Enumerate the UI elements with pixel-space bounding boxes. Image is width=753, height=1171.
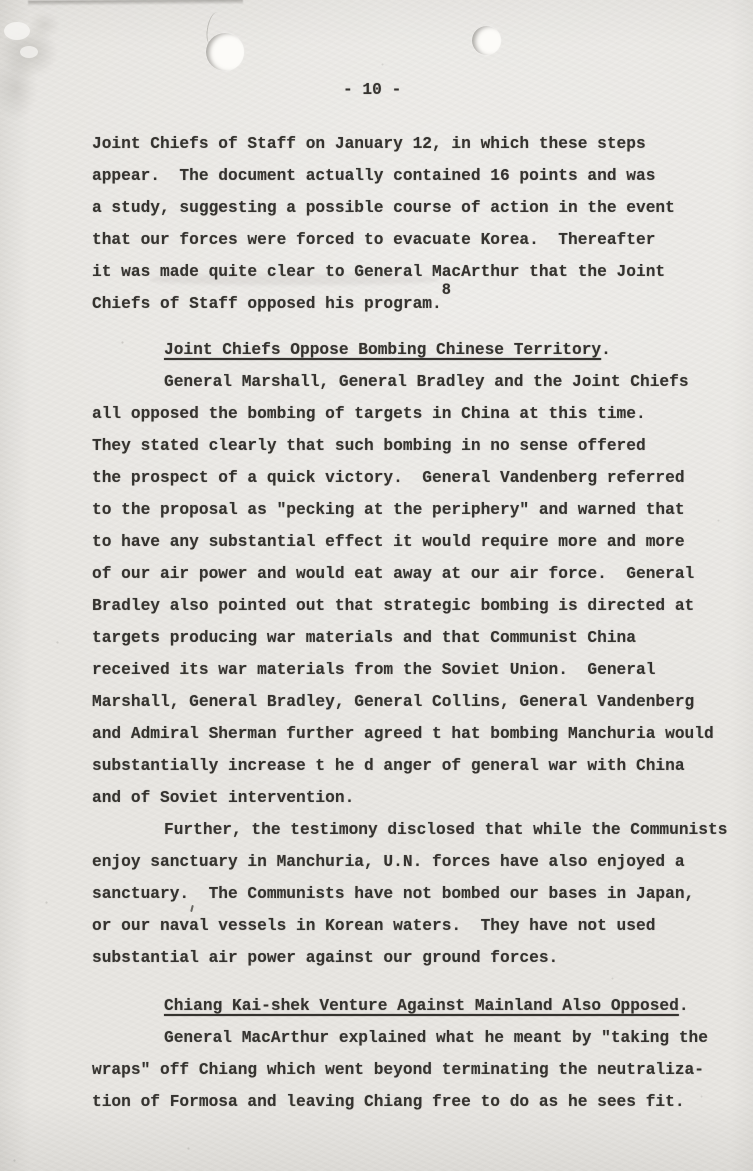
scan-edge-shadow (28, 0, 243, 6)
paper-chip (20, 46, 38, 58)
page-number: - 10 - (343, 74, 463, 106)
section-heading-2: Chiang Kai-shek Venture Against Mainland… (164, 990, 753, 1022)
section-heading-1-text: Joint Chiefs Oppose Bombing Chinese Terr… (164, 341, 601, 359)
punch-hole-right (472, 26, 501, 55)
scanned-page: - 10 - Joint Chiefs of Staff on January … (0, 0, 753, 1171)
paragraph-text: Joint Chiefs of Staff on January 12, in … (92, 135, 675, 313)
paper-chip (4, 22, 30, 40)
section-heading-2-text: Chiang Kai-shek Venture Against Mainland… (164, 997, 679, 1015)
paragraph: General MacArthur explained what he mean… (92, 1022, 742, 1118)
punch-hole-left (206, 33, 244, 71)
paper-specks (0, 0, 1, 1)
corner-smudge (0, 26, 58, 78)
paragraph: Further, the testimony disclosed that wh… (92, 814, 742, 974)
corner-smudge (28, 12, 60, 38)
corner-smudge (0, 56, 38, 120)
paragraph-continuation: Joint Chiefs of Staff on January 12, in … (92, 128, 742, 320)
paragraph: General Marshall, General Bradley and th… (92, 366, 742, 814)
section-heading-1-period: . (601, 341, 611, 359)
section-heading-1: Joint Chiefs Oppose Bombing Chinese Terr… (164, 334, 753, 366)
footnote-marker: 8 (442, 281, 451, 299)
section-heading-2-period: . (679, 997, 689, 1015)
